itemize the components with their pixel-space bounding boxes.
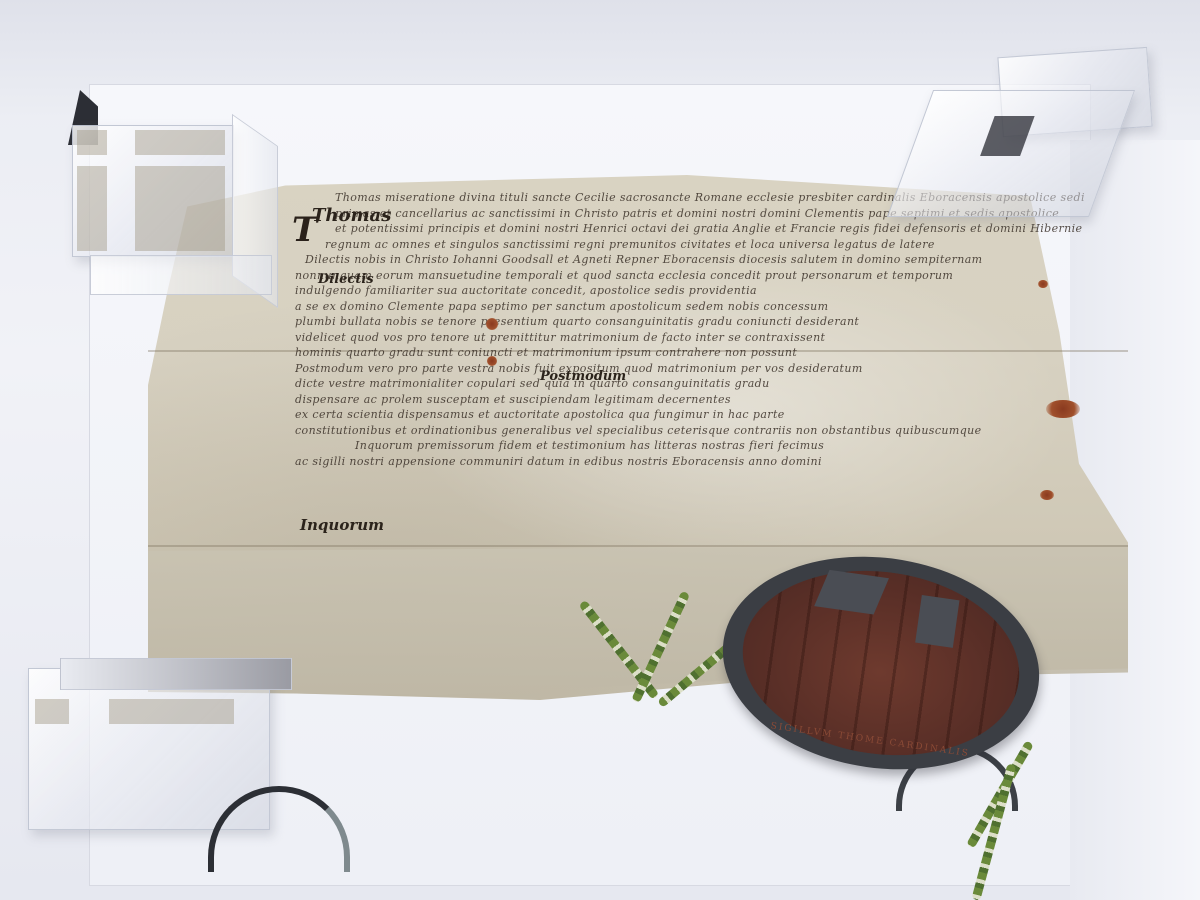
text-line: ac sigilli nostri appensione communiri d… [295,454,1085,470]
text-line: a se ex domino Clemente papa septimo per… [295,299,1085,315]
text-line: et potentissimi principis et domini nost… [295,221,1085,237]
text-line: plumbi bullata nobis se tenore presentiu… [295,314,1085,330]
wax-stain [487,356,497,366]
block-refraction [35,699,69,724]
text-line: Dilectis nobis in Christo Iohanni Goodsa… [295,252,1085,268]
block-refraction [77,166,107,251]
display-word-dilectis: Dilectis [318,272,374,287]
text-line: nonnunquam eorum mansuetudine temporali … [295,268,1085,284]
text-line: hominis quarto gradu sunt coniuncti et m… [295,345,1085,361]
text-line: regnum ac omnes et singulos sanctissimi … [295,237,1085,253]
text-line: dispensare ac prolem susceptam et suscip… [295,392,1085,408]
block-refraction [135,130,225,155]
seal-chip [814,570,889,615]
block-dark-refraction [980,116,1035,156]
display-word-inquorum: Inquorum [300,516,384,534]
wax-stain [1046,400,1080,418]
acrylic-block-top-face [60,658,292,690]
wax-stain [1038,280,1048,288]
display-word-postmodum: Postmodum [540,369,626,384]
acrylic-block-bottom [90,255,272,295]
seal-chip [915,595,959,648]
wax-stain [486,318,498,330]
acrylic-block-top-left [72,125,234,257]
block-refraction [109,699,234,724]
block-refraction [135,166,225,251]
text-line: videlicet quod vos pro tenore ut premitt… [295,330,1085,346]
text-line: Postmodum vero pro parte vestra nobis fu… [295,361,1085,377]
charter-text: Thomas miseratione divina tituli sancte … [295,190,1085,540]
block-refraction [77,130,107,155]
fold-line [148,545,1128,547]
opening-word: Thomas [312,205,391,226]
text-line: indulgendo familiariter sua auctoritate … [295,283,1085,299]
text-line: dicte vestre matrimonialiter copulari se… [295,376,1085,392]
text-line: ex certa scientia dispensamus et auctori… [295,407,1085,423]
text-line: constitutionibus et ordinationibus gener… [295,423,1085,439]
text-line: Inquorum premissorum fidem et testimoniu… [295,438,1085,454]
wax-stain [1040,490,1054,500]
